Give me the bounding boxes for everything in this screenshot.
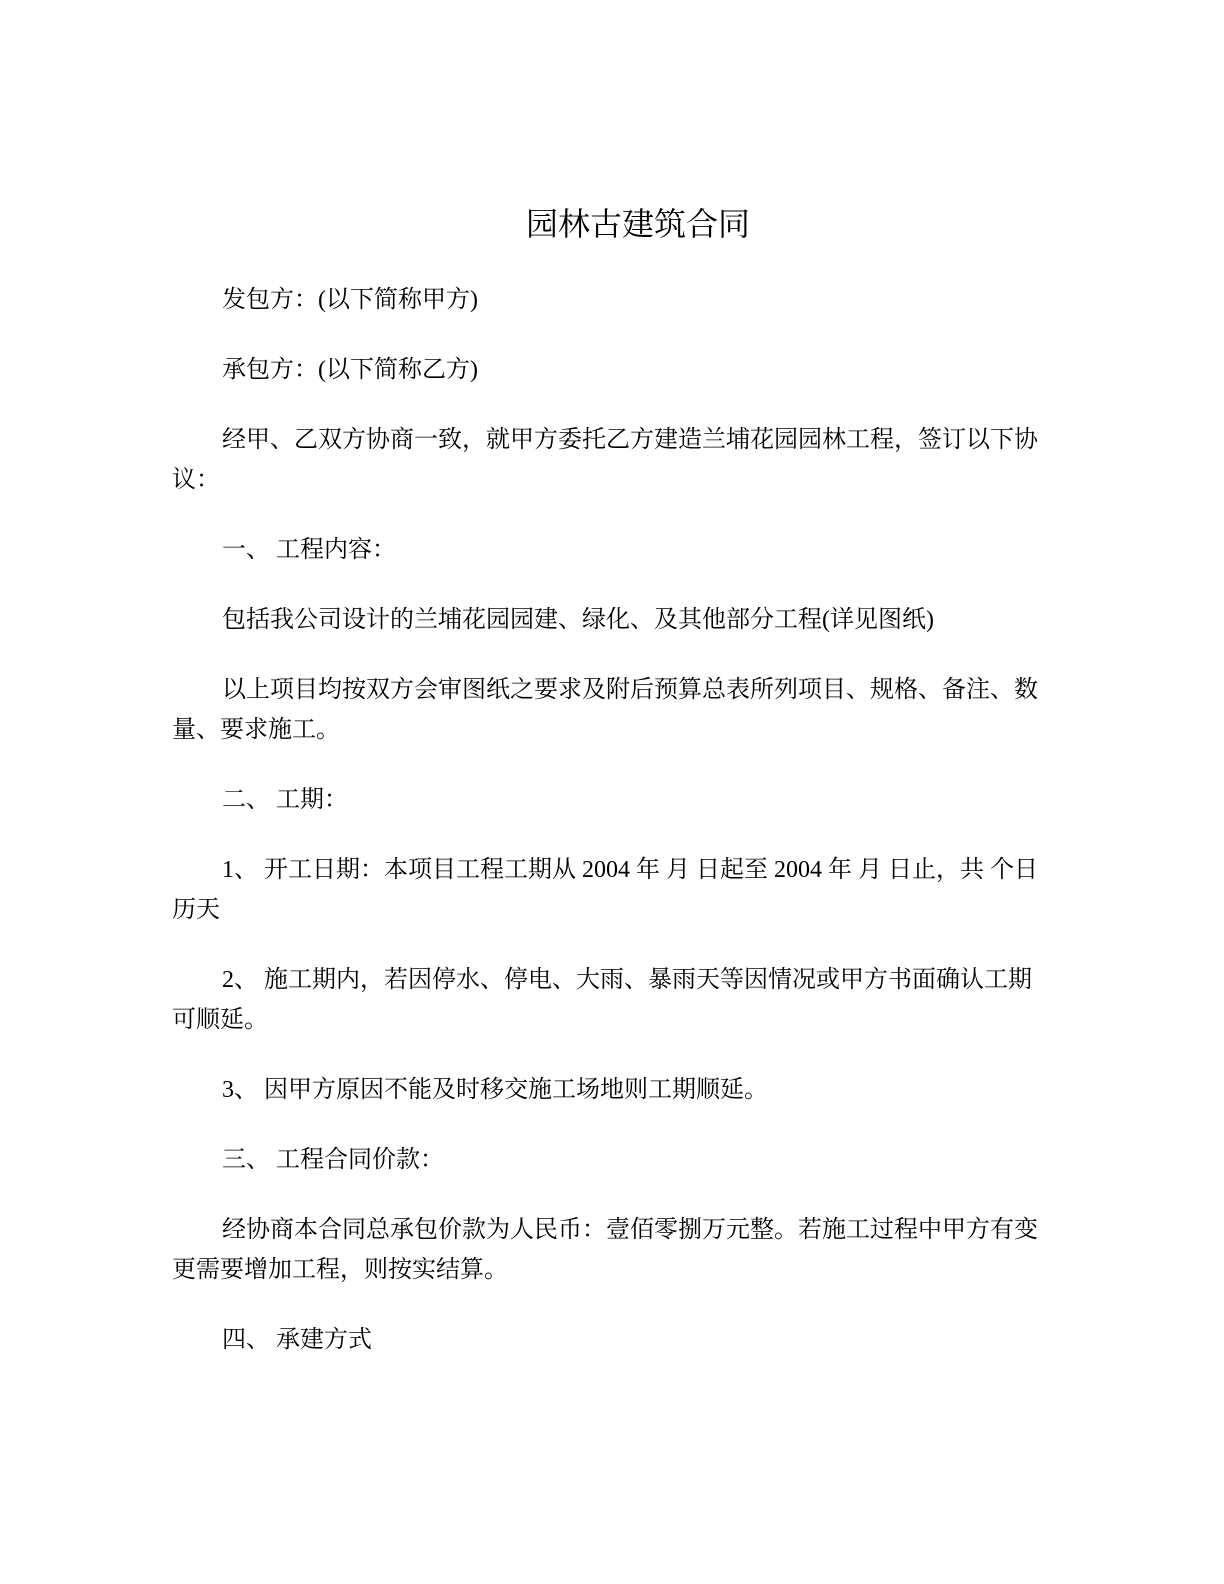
heading-section-3: 三、 工程合同价款： (172, 1140, 1040, 1180)
paragraph-term-item-3: 3、 因甲方原因不能及时移交施工场地则工期顺延。 (172, 1070, 1040, 1110)
paragraph-line: 发包方：(以下简称甲方) (172, 280, 1040, 320)
paragraph-line: 2、 施工期内，若因停水、停电、大雨、暴雨天等因情况或甲方书面确认工期 (172, 960, 1040, 1000)
paragraph-line: 历天 (172, 890, 1040, 930)
paragraph-scope-details: 以上项目均按双方会审图纸之要求及附后预算总表所列项目、规格、备注、数 量、要求施… (172, 670, 1040, 750)
document-page: { "document": { "title": "园林古建筑合同", "par… (0, 0, 1224, 1584)
heading-section-4: 四、 承建方式 (172, 1320, 1040, 1360)
paragraph-line: 以上项目均按双方会审图纸之要求及附后预算总表所列项目、规格、备注、数 (172, 670, 1040, 710)
paragraph-line: 议： (172, 460, 1040, 500)
paragraph-preamble: 经甲、乙双方协商一致，就甲方委托乙方建造兰埔花园园林工程，签订以下协 议： (172, 420, 1040, 500)
paragraph-line: 一、 工程内容： (172, 530, 1040, 570)
paragraph-line: 承包方：(以下简称乙方) (172, 350, 1040, 390)
paragraph-line: 包括我公司设计的兰埔花园园建、绿化、及其他部分工程(详见图纸) (172, 600, 1040, 640)
paragraph-line: 四、 承建方式 (172, 1320, 1040, 1360)
paragraph-line: 1、 开工日期：本项目工程工期从 2004 年 月 日起至 2004 年 月 日… (172, 850, 1040, 890)
paragraph-price: 经协商本合同总承包价款为人民币：壹佰零捌万元整。若施工过程中甲方有变 更需要增加… (172, 1210, 1040, 1290)
paragraph-line: 二、 工期： (172, 780, 1040, 820)
paragraph-line: 更需要增加工程，则按实结算。 (172, 1250, 1040, 1290)
paragraph-line: 经甲、乙双方协商一致，就甲方委托乙方建造兰埔花园园林工程，签订以下协 (172, 420, 1040, 460)
heading-section-1: 一、 工程内容： (172, 530, 1040, 570)
paragraph-scope: 包括我公司设计的兰埔花园园建、绿化、及其他部分工程(详见图纸) (172, 600, 1040, 640)
paragraph-term-item-2: 2、 施工期内，若因停水、停电、大雨、暴雨天等因情况或甲方书面确认工期 可顺延。 (172, 960, 1040, 1040)
paragraph-line: 3、 因甲方原因不能及时移交施工场地则工期顺延。 (172, 1070, 1040, 1110)
document-title: 园林古建筑合同 (172, 202, 1040, 246)
paragraph-term-item-1: 1、 开工日期：本项目工程工期从 2004 年 月 日起至 2004 年 月 日… (172, 850, 1040, 930)
paragraph-party-a: 发包方：(以下简称甲方) (172, 280, 1040, 320)
contract-page: 园林古建筑合同 发包方：(以下简称甲方) 承包方：(以下简称乙方) 经甲、乙双方… (0, 0, 1224, 1584)
heading-section-2: 二、 工期： (172, 780, 1040, 820)
paragraph-line: 三、 工程合同价款： (172, 1140, 1040, 1180)
paragraph-party-b: 承包方：(以下简称乙方) (172, 350, 1040, 390)
paragraph-line: 量、要求施工。 (172, 710, 1040, 750)
paragraph-line: 经协商本合同总承包价款为人民币：壹佰零捌万元整。若施工过程中甲方有变 (172, 1210, 1040, 1250)
paragraph-line: 可顺延。 (172, 1000, 1040, 1040)
